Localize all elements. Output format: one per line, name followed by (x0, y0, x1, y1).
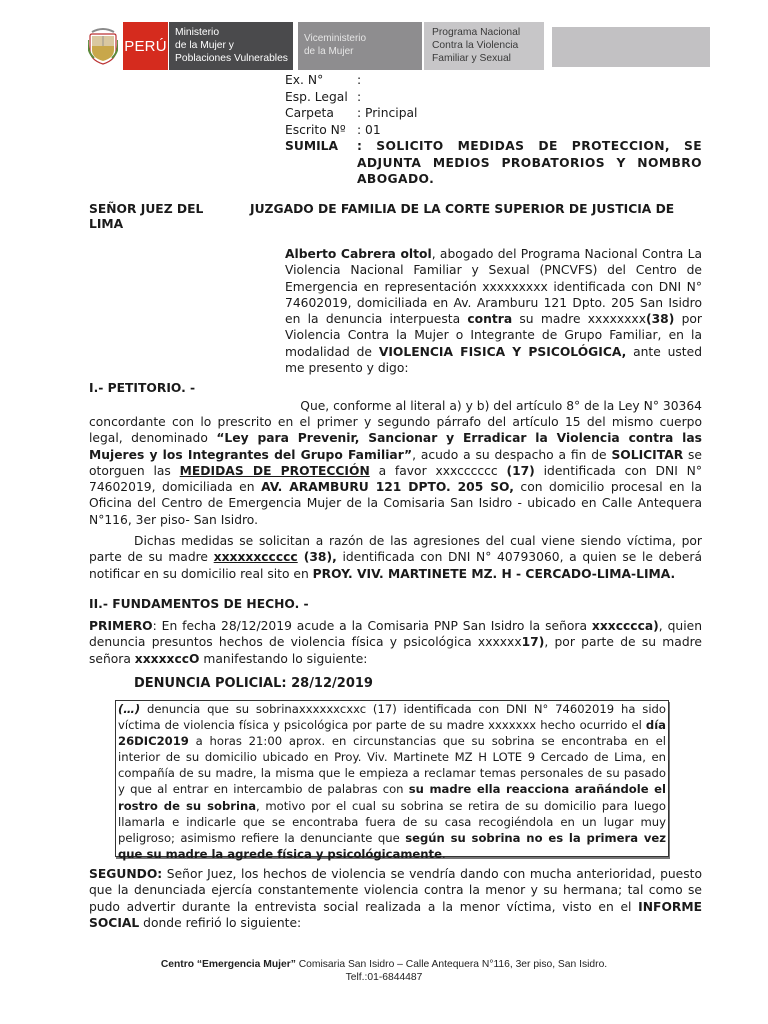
modalidad: VIOLENCIA FISICA Y PSICOLÓGICA, (379, 345, 626, 359)
segundo-paragraph: SEGUNDO: Señor Juez, los hechos de viole… (89, 866, 702, 931)
vice-line-1: Viceministerio (304, 33, 366, 46)
aggressor-name: xxxxxxccccc (214, 550, 298, 564)
text: . (442, 847, 446, 861)
text-bold: SOLICITAR (611, 448, 683, 462)
meta-label: Escrito Nº (285, 122, 357, 139)
ellipsis: (…) (118, 702, 140, 716)
petitorio-paragraph: concordante con lo prescrito en el prime… (89, 414, 702, 528)
fundamentos-heading: II.- FUNDAMENTOS DE HECHO. - (89, 597, 309, 611)
petitorio-heading: I.- PETITORIO. - (89, 381, 195, 395)
intro-paragraph: Alberto Cabrera oltol, abogado del Progr… (285, 246, 702, 376)
text-bold: (38), (298, 550, 337, 564)
footer-phone: Telf.:01-6844487 (0, 971, 768, 984)
lawyer-name: Alberto Cabrera oltol (285, 247, 432, 261)
peru-label: PERÚ (124, 38, 166, 55)
programa-block: Programa Nacional Contra la Violencia Fa… (424, 22, 544, 70)
peru-coat-of-arms-icon (88, 26, 118, 66)
meta-row-escrito: Escrito Nº : 01 (285, 122, 702, 139)
addressee-court: JUZGADO DE FAMILIA DE LA CORTE SUPERIOR … (250, 202, 702, 217)
medidas-proteccion: MEDIDAS DE PROTECCIÓN (180, 464, 370, 478)
ministerio-block: Ministerio de la Mujer y Poblaciones Vul… (169, 22, 293, 70)
text: su madre xxxxxxxx (512, 312, 646, 326)
petitorio-first-line: Que, conforme al literal a) y b) del art… (89, 398, 702, 414)
denuncia-heading: DENUNCIA POLICIAL: 28/12/2019 (134, 676, 373, 691)
address-bold: AV. ARAMBURU 121 DPTO. 205 SO, (261, 480, 514, 494)
coat-of-arms-logo (85, 22, 121, 70)
addressee-judge: SEÑOR JUEZ DEL LIMA (89, 202, 239, 232)
petitorio-paragraph-2: Dichas medidas se solicitan a razón de l… (89, 533, 702, 582)
footer-address-line: Centro “Emergencia Mujer” Comisaria San … (0, 958, 768, 971)
meta-value: : Principal (357, 105, 417, 122)
sumila-label: SUMILA (285, 138, 357, 188)
meta-value: : (357, 72, 361, 89)
text-bold: xxxxxccO (135, 652, 200, 666)
sumila: SUMILA : SOLICITO MEDIDAS DE PROTECCION,… (285, 138, 702, 188)
ministerio-line-1: Ministerio (175, 27, 219, 40)
police-report-quote-box: (…) denuncia que su sobrinaxxxxxxcxxc (1… (115, 700, 669, 857)
text: Señor Juez, los hechos de violencia se v… (89, 867, 702, 914)
programa-line-2: Contra la Violencia (432, 40, 518, 53)
ministerio-line-2: de la Mujer y (175, 40, 234, 53)
text-bold: contra (467, 312, 512, 326)
footer-centro: Centro “Emergencia Mujer” (161, 959, 296, 970)
address-bold: PROY. VIV. MARTINETE MZ. H - CERCADO-LIM… (313, 567, 676, 581)
meta-label: Carpeta (285, 105, 357, 122)
segundo-label: SEGUNDO: (89, 867, 162, 881)
sumila-text: : SOLICITO MEDIDAS DE PROTECCION, SE ADJ… (357, 138, 702, 188)
viceministerio-block: Viceministerio de la Mujer (298, 22, 422, 70)
text: : En fecha 28/12/2019 acude a la Comisar… (153, 619, 592, 633)
text-bold: (17) (506, 464, 534, 478)
text-bold: xxxcccca) (592, 619, 659, 633)
text-bold: 17) (522, 635, 545, 649)
meta-row-carpeta: Carpeta : Principal (285, 105, 702, 122)
text-bold: (38) (646, 312, 674, 326)
peru-brand: PERÚ (123, 22, 168, 70)
ministerio-line-3: Poblaciones Vulnerables (175, 53, 288, 66)
meta-row-esp-legal: Esp. Legal : (285, 89, 702, 106)
primero-paragraph: PRIMERO: En fecha 28/12/2019 acude a la … (89, 618, 702, 667)
text: manifestando lo siguiente: (200, 652, 368, 666)
meta-label: Esp. Legal (285, 89, 357, 106)
meta-row-expediente: Ex. N° : (285, 72, 702, 89)
primero-label: PRIMERO (89, 619, 153, 633)
text: a favor xxxcccccc (370, 464, 507, 478)
case-metadata: Ex. N° : Esp. Legal : Carpeta : Principa… (285, 72, 702, 188)
header-blank-box (552, 27, 710, 67)
text: donde refirió lo siguiente: (139, 916, 301, 930)
meta-label: Ex. N° (285, 72, 357, 89)
vice-line-2: de la Mujer (304, 46, 353, 59)
text: , acudo a su despacho a fin de (412, 448, 611, 462)
programa-line-3: Familiar y Sexual (432, 53, 511, 66)
page-footer: Centro “Emergencia Mujer” Comisaria San … (0, 958, 768, 984)
meta-value: : 01 (357, 122, 381, 139)
footer-address: Comisaria San Isidro – Calle Antequera N… (296, 959, 607, 970)
programa-line-1: Programa Nacional (432, 27, 520, 40)
text: denuncia que su sobrinaxxxxxxcxxc (17) i… (118, 702, 666, 732)
meta-value: : (357, 89, 361, 106)
